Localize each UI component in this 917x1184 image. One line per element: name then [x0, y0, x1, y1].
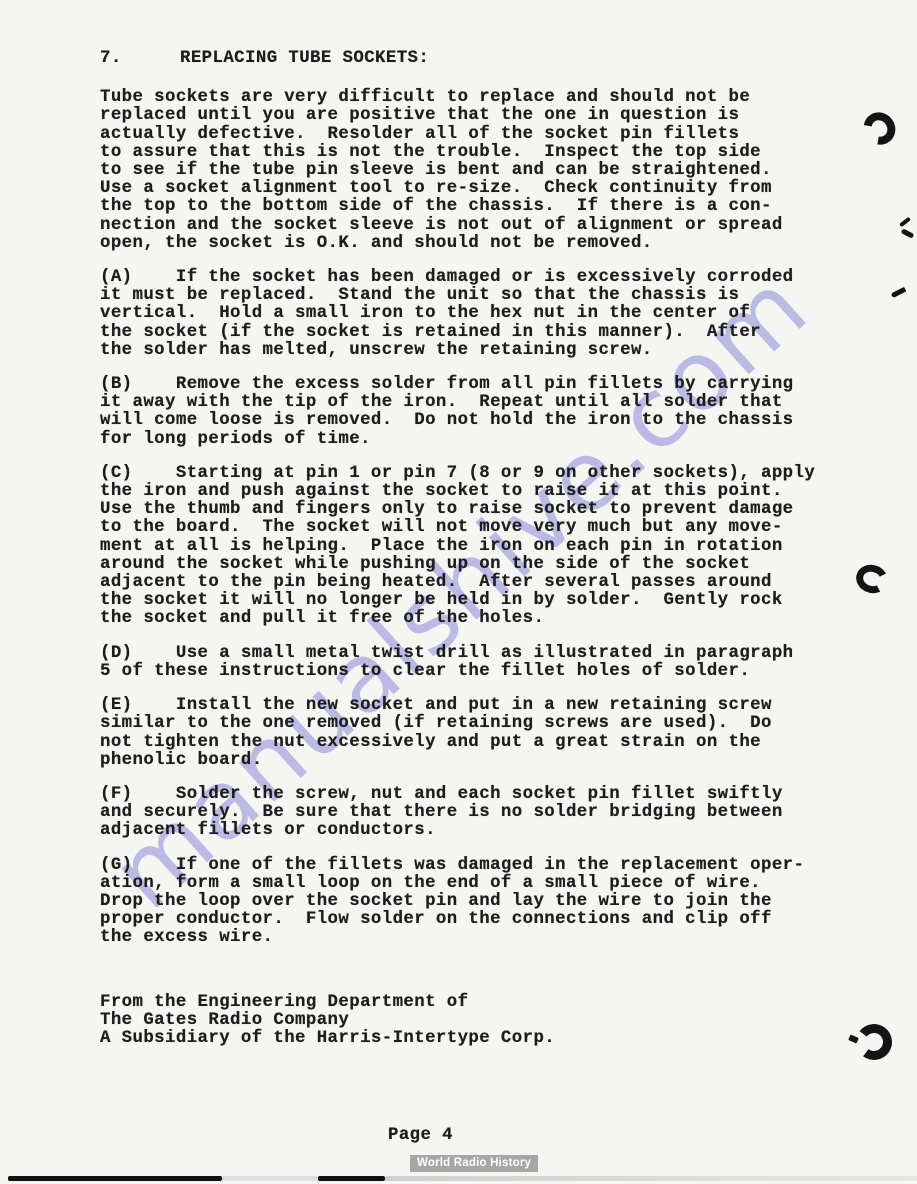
scan-edge-bar	[0, 1175, 917, 1182]
paragraph-c: (C) Starting at pin 1 or pin 7 (8 or 9 o…	[100, 465, 840, 629]
paragraph-d: (D) Use a small metal twist drill as ill…	[100, 645, 840, 681]
ink-squiggle-icon	[899, 217, 911, 228]
ink-squiggle-icon	[901, 228, 915, 239]
ink-ring-icon	[854, 1022, 895, 1063]
section-heading: 7. REPLACING TUBE SOCKETS:	[100, 50, 840, 68]
paragraph-a: (A) If the socket has been damaged or is…	[100, 269, 840, 360]
scan-edge-segment	[318, 1176, 385, 1181]
attribution-footer: From the Engineering Department of The G…	[100, 994, 840, 1049]
document-body: 7. REPLACING TUBE SOCKETS: Tube sockets …	[100, 50, 840, 1048]
scan-edge-segment	[385, 1176, 917, 1181]
paragraph-intro: Tube sockets are very difficult to repla…	[100, 89, 840, 253]
world-radio-history-stamp: World Radio History	[410, 1155, 538, 1172]
paragraph-e: (E) Install the new socket and put in a …	[100, 697, 840, 770]
page-number: Page 4	[388, 1126, 453, 1145]
scanned-document-page: manualshive.com 7. REPLACING TUBE SOCKET…	[0, 0, 917, 1184]
ink-flick-icon	[891, 287, 907, 298]
ink-ring-icon	[857, 106, 901, 151]
paragraph-g: (G) If one of the fillets was damaged in…	[100, 857, 840, 948]
ink-c-mark-icon	[852, 561, 891, 598]
section-title: REPLACING TUBE SOCKETS:	[180, 50, 429, 68]
scan-edge-segment	[222, 1176, 318, 1181]
scan-edge-segment	[8, 1176, 222, 1181]
paragraph-b: (B) Remove the excess solder from all pi…	[100, 376, 840, 449]
paragraph-f: (F) Solder the screw, nut and each socke…	[100, 786, 840, 841]
section-number: 7.	[100, 50, 180, 68]
